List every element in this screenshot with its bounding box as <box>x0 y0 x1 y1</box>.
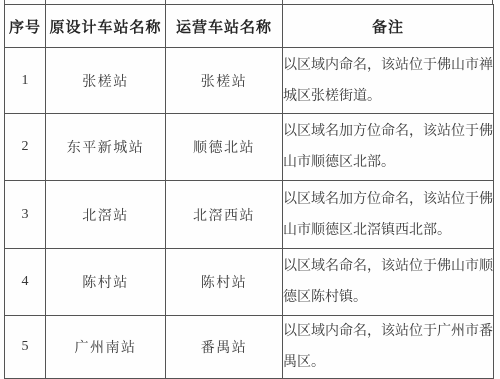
remark-cell: 以区域内命名，该站位于佛山市禅 城区张槎街道。 <box>283 48 494 114</box>
no-cell: 2 <box>5 114 46 181</box>
remark-line: 德区陈村镇。 <box>283 282 493 313</box>
no-cell: 3 <box>5 181 46 249</box>
remark-line: 以区域名加方位命名，该站位于佛 <box>283 116 493 147</box>
remark-line: 以区域名命名，该站位于佛山市顺 <box>283 251 493 282</box>
operating-name-cell: 陈村站 <box>166 249 283 316</box>
remark-cell: 以区域名加方位命名，该站位于佛 山市顺德区北部。 <box>283 114 494 181</box>
header-cell-remark: 备注 <box>283 5 494 48</box>
station-naming-table: 序号 原设计车站名称 运营车站名称 备注 1 张槎站 张槎站 以区域内命名，该站… <box>4 4 494 379</box>
remark-line: 山市顺德区北部。 <box>283 147 493 178</box>
original-name-cell: 广州南站 <box>46 316 166 379</box>
table-row: 1 张槎站 张槎站 以区域内命名，该站位于佛山市禅 城区张槎街道。 <box>5 48 494 114</box>
table-row: 2 东平新城站 顺德北站 以区域名加方位命名，该站位于佛 山市顺德区北部。 <box>5 114 494 181</box>
remark-cell: 以区域名加方位命名，该站位于佛 山市顺德区北滘镇西北部。 <box>283 181 494 249</box>
original-name-cell: 陈村站 <box>46 249 166 316</box>
remark-line: 以区域内命名，该站位于佛山市禅 <box>283 50 493 81</box>
original-name-cell: 东平新城站 <box>46 114 166 181</box>
remark-cell: 以区域内命名，该站位于广州市番 禺区。 <box>283 316 494 379</box>
header-cell-no: 序号 <box>5 5 46 48</box>
remark-line: 禺区。 <box>283 347 493 378</box>
remark-line: 以区域内命名，该站位于广州市番 <box>283 316 493 347</box>
remark-line: 以区域名加方位命名，该站位于佛 <box>283 184 493 215</box>
no-cell: 4 <box>5 249 46 316</box>
table-row: 5 广州南站 番禺站 以区域内命名，该站位于广州市番 禺区。 <box>5 316 494 379</box>
operating-name-cell: 顺德北站 <box>166 114 283 181</box>
header-cell-operating-name: 运营车站名称 <box>166 5 283 48</box>
operating-name-cell: 张槎站 <box>166 48 283 114</box>
table-row: 4 陈村站 陈村站 以区域名命名，该站位于佛山市顺 德区陈村镇。 <box>5 249 494 316</box>
operating-name-cell: 北滘西站 <box>166 181 283 249</box>
original-name-cell: 张槎站 <box>46 48 166 114</box>
remark-line: 城区张槎街道。 <box>283 81 493 112</box>
no-cell: 5 <box>5 316 46 379</box>
header-cell-original-name: 原设计车站名称 <box>46 5 166 48</box>
table-header-row: 序号 原设计车站名称 运营车站名称 备注 <box>5 5 494 48</box>
remark-line: 山市顺德区北滘镇西北部。 <box>283 215 493 246</box>
remark-cell: 以区域名命名，该站位于佛山市顺 德区陈村镇。 <box>283 249 494 316</box>
table-row: 3 北滘站 北滘西站 以区域名加方位命名，该站位于佛 山市顺德区北滘镇西北部。 <box>5 181 494 249</box>
document-page: 序号 原设计车站名称 运营车站名称 备注 1 张槎站 张槎站 以区域内命名，该站… <box>0 0 500 379</box>
original-name-cell: 北滘站 <box>46 181 166 249</box>
no-cell: 1 <box>5 48 46 114</box>
operating-name-cell: 番禺站 <box>166 316 283 379</box>
